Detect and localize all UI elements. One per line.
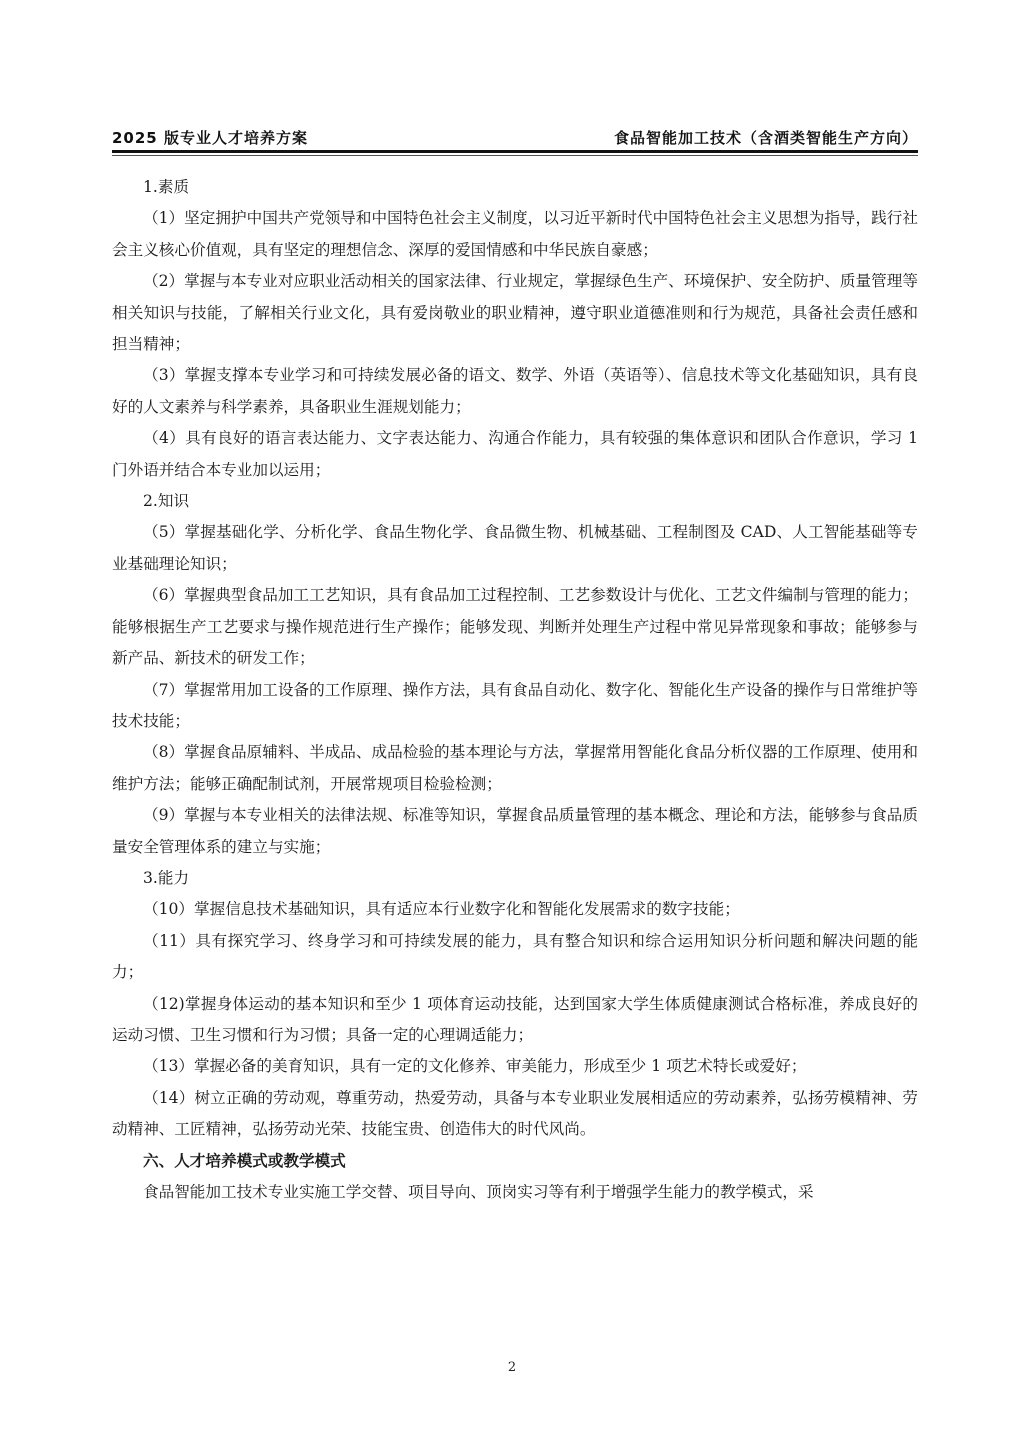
closing-paragraph: 食品智能加工技术专业实施工学交替、项目导向、顶岗实习等有利于增强学生能力的教学模… [112, 1177, 918, 1208]
list-item: （5）掌握基础化学、分析化学、食品生物化学、食品微生物、机械基础、工程制图及 C… [112, 517, 918, 580]
subhead-knowledge: 2.知识 [112, 486, 918, 517]
list-item: （9）掌握与本专业相关的法律法规、标准等知识，掌握食品质量管理的基本概念、理论和… [112, 800, 918, 863]
subhead-ability: 3.能力 [112, 863, 918, 894]
list-item: （12)掌握身体运动的基本知识和至少 1 项体育运动技能，达到国家大学生体质健康… [112, 989, 918, 1052]
list-item: （11）具有探究学习、终身学习和可持续发展的能力，具有整合知识和综合运用知识分析… [112, 926, 918, 989]
list-item: （2）掌握与本专业对应职业活动相关的国家法律、行业规定，掌握绿色生产、环境保护、… [112, 266, 918, 360]
list-item: （10）掌握信息技术基础知识，具有适应本行业数字化和智能化发展需求的数字技能； [112, 894, 918, 925]
page-number: 2 [0, 1360, 1024, 1375]
list-item: （3）掌握支撑本专业学习和可持续发展必备的语文、数学、外语（英语等）、信息技术等… [112, 360, 918, 423]
list-item: （6）掌握典型食品加工工艺知识，具有食品加工过程控制、工艺参数设计与优化、工艺文… [112, 580, 918, 674]
list-item: （4）具有良好的语言表达能力、文字表达能力、沟通合作能力，具有较强的集体意识和团… [112, 423, 918, 486]
header-rule-thick [112, 150, 918, 153]
section-title: 六、人才培养模式或教学模式 [112, 1146, 918, 1177]
header-rule-thin [112, 155, 918, 156]
header-right-title: 食品智能加工技术（含酒类智能生产方向） [614, 127, 918, 148]
list-item: （13）掌握必备的美育知识，具有一定的文化修养、审美能力，形成至少 1 项艺术特… [112, 1051, 918, 1082]
list-item: （14）树立正确的劳动观，尊重劳动，热爱劳动，具备与本专业职业发展相适应的劳动素… [112, 1083, 918, 1146]
list-item: （8）掌握食品原辅料、半成品、成品检验的基本理论与方法，掌握常用智能化食品分析仪… [112, 737, 918, 800]
list-item: （1）坚定拥护中国共产党领导和中国特色社会主义制度，以习近平新时代中国特色社会主… [112, 203, 918, 266]
list-item: （7）掌握常用加工设备的工作原理、操作方法，具有食品自动化、数字化、智能化生产设… [112, 675, 918, 738]
document-body: 1.素质 （1）坚定拥护中国共产党领导和中国特色社会主义制度，以习近平新时代中国… [112, 172, 918, 1208]
subhead-quality: 1.素质 [112, 172, 918, 203]
page-header: 2025 版专业人才培养方案 食品智能加工技术（含酒类智能生产方向） [112, 124, 918, 148]
header-left-title: 2025 版专业人才培养方案 [112, 127, 308, 148]
